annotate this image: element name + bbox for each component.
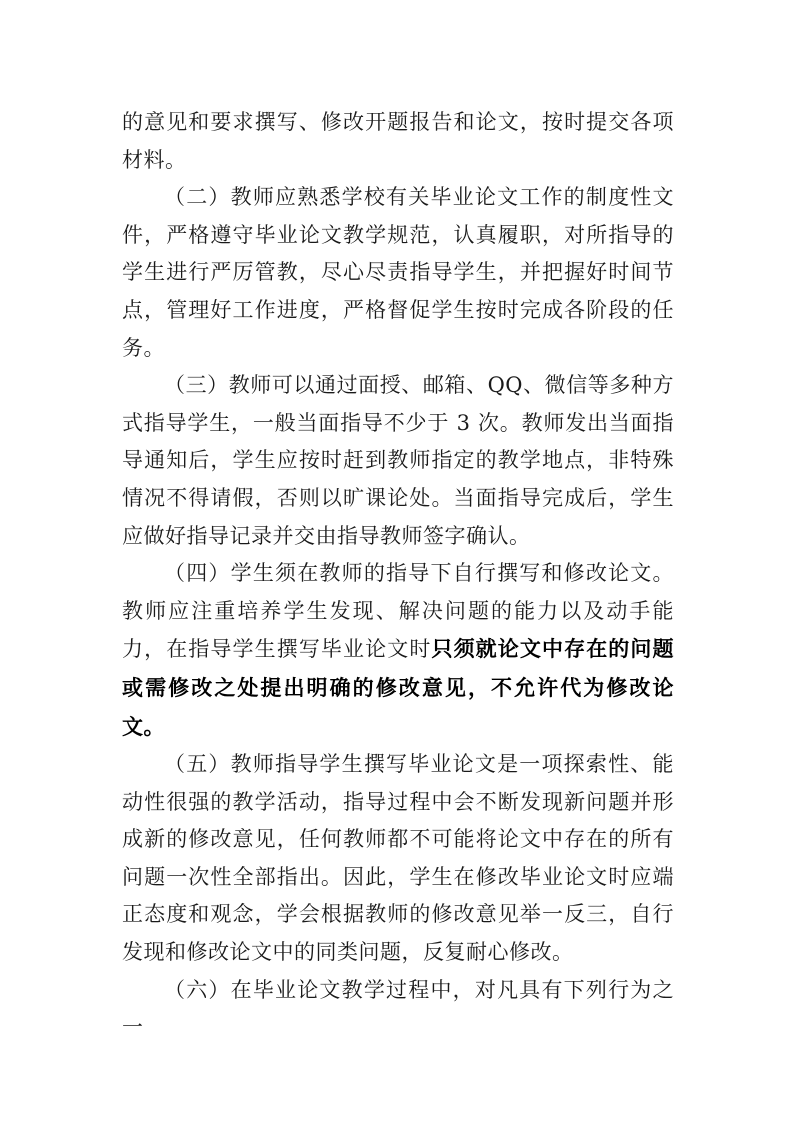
paragraph-item-5: （五）教师指导学生撰写毕业论文是一项探索性、能动性很强的教学活动，指导过程中会不… — [122, 746, 674, 972]
paragraph-item-2: （二）教师应熟悉学校有关毕业论文工作的制度性文件，严格遵守毕业论文教学规范，认真… — [122, 179, 674, 367]
paragraph-item-3: （三）教师可以通过面授、邮箱、QQ、微信等多种方式指导学生，一般当面指导不少于 … — [122, 367, 674, 555]
paragraph-continuation: 的意见和要求撰写、修改开题报告和论文，按时提交各项材料。 — [122, 104, 674, 179]
paragraph-item-6: （六）在毕业论文教学过程中，对凡具有下列行为之一 — [122, 972, 674, 1047]
document-page: 的意见和要求撰写、修改开题报告和论文，按时提交各项材料。 （二）教师应熟悉学校有… — [0, 0, 793, 1122]
document-body: 的意见和要求撰写、修改开题报告和论文，按时提交各项材料。 （二）教师应熟悉学校有… — [122, 104, 674, 1047]
paragraph-item-4: （四）学生须在教师的指导下自行撰写和修改论文。教师应注重培养学生发现、解决问题的… — [122, 555, 674, 746]
